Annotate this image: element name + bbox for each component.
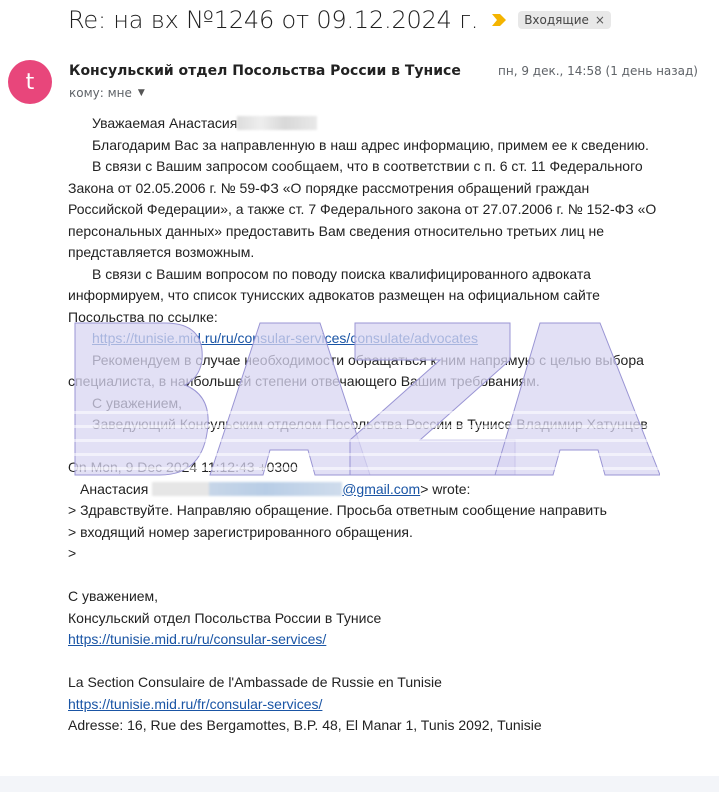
footer-closing: С уважением, — [68, 586, 668, 608]
quote-line-3: > — [68, 543, 668, 565]
remove-label-icon[interactable]: × — [595, 13, 605, 27]
redacted-email — [152, 482, 342, 496]
quote-from-tail: > wrote: — [420, 481, 470, 497]
paragraph-2: В связи с Вашим запросом сообщаем, что в… — [68, 156, 668, 264]
quote-line-2: > входящий номер зарегистрированного обр… — [68, 522, 668, 544]
quote-header: On Mon, 9 Dec 2024 11:12:43 +0300 — [68, 457, 668, 479]
recipient-text: кому: мне — [69, 86, 132, 100]
sender-name: Консульский отдел Посольства России в Ту… — [69, 63, 461, 79]
footer-link-fr[interactable]: https://tunisie.mid.ru/fr/consular-servi… — [68, 696, 322, 712]
message-date: пн, 9 дек., 14:58 (1 день назад) — [498, 64, 698, 78]
label-chip-text: Входящие — [524, 13, 589, 27]
footer-dept-fr: La Section Consulaire de l'Ambassade de … — [68, 672, 668, 694]
footer-dept-ru: Консульский отдел Посольства России в Ту… — [68, 608, 668, 630]
bottom-band — [0, 776, 719, 792]
sender-avatar: t — [8, 60, 52, 104]
recipient-details-caret-icon[interactable]: ▼ — [138, 88, 145, 98]
email-subject: Re: на вх №1246 от 09.12.2024 г. — [68, 6, 478, 34]
redacted-surname — [237, 116, 317, 130]
quote-email-link[interactable]: @gmail.com — [342, 481, 420, 497]
paragraph-1: Благодарим Вас за направленную в наш адр… — [68, 135, 668, 157]
closing: С уважением, — [68, 393, 668, 415]
paragraph-4: Рекомендуем в случае необходимости обращ… — [68, 350, 668, 393]
signature: Заведующий Консульским отделом Посольств… — [68, 414, 668, 436]
paragraph-3: В связи с Вашим вопросом по поводу поиск… — [68, 264, 668, 329]
importance-marker-icon[interactable] — [492, 14, 506, 26]
greeting: Уважаемая Анастасия — [68, 113, 668, 135]
advocates-link[interactable]: https://tunisie.mid.ru/ru/consular-servi… — [92, 330, 478, 346]
recipient-row: кому: мне ▼ — [69, 86, 145, 100]
quote-line-1: > Здравствуйте. Направляю обращение. Про… — [68, 500, 668, 522]
quote-from-name: Анастасия — [80, 481, 148, 497]
advocates-link-row: https://tunisie.mid.ru/ru/consular-servi… — [68, 328, 668, 350]
footer-link-ru[interactable]: https://tunisie.mid.ru/ru/consular-servi… — [68, 631, 326, 647]
label-chip-inbox[interactable]: Входящие × — [518, 11, 611, 29]
subject-row: Re: на вх №1246 от 09.12.2024 г. Входящи… — [68, 6, 611, 34]
message-body: Уважаемая Анастасия Благодарим Вас за на… — [68, 113, 668, 737]
greeting-text: Уважаемая Анастасия — [92, 115, 237, 131]
quote-from: Анастасия @gmail.com> wrote: — [68, 479, 668, 501]
footer-address: Adresse: 16, Rue des Bergamottes, B.P. 4… — [68, 715, 668, 737]
